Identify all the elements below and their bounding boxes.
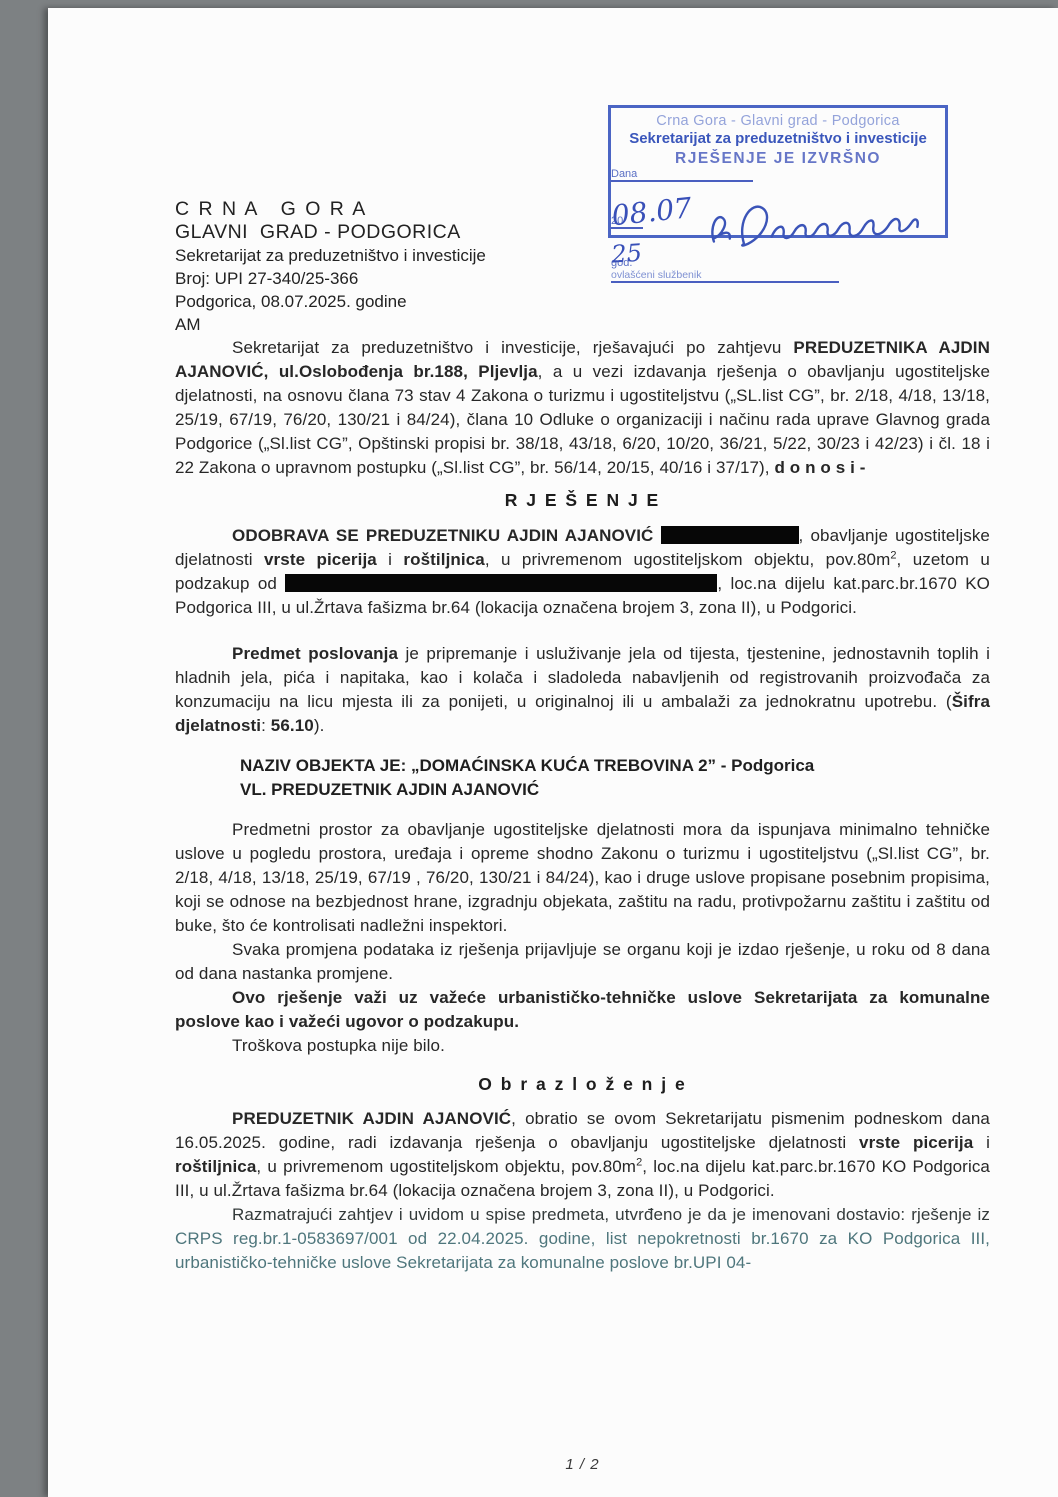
letterhead-secretariat: Sekretarijat za preduzetništvo i investi… (175, 244, 990, 267)
letterhead-country: C R N A G O R A (175, 198, 990, 221)
object-name-line: NAZIV OBJEKTA JE: „DOMAĆINSKA KUĆA TREBO… (240, 754, 990, 778)
change-notice-paragraph: Svaka promjena podataka iz rješenja prij… (175, 938, 990, 986)
approval-paragraph: ODOBRAVA SE PREDUZETNIKU AJDIN AJANOVIĆ … (175, 524, 990, 620)
letterhead-initials: AM (175, 313, 990, 336)
validity-paragraph: Ovo rješenje važi uz važeće urbanističko… (175, 986, 990, 1034)
letterhead-city: GLAVNI GRAD - PODGORICA (175, 221, 990, 244)
explanation-heading: O b r a z l o ž e n j e (175, 1072, 990, 1096)
technical-conditions-paragraph: Predmetni prostor za obavljanje ugostite… (175, 818, 990, 938)
page-number: 1 / 2 (175, 1456, 990, 1473)
letterhead: C R N A G O R A GLAVNI GRAD - PODGORICA … (175, 198, 990, 336)
document-content: C R N A G O R A GLAVNI GRAD - PODGORICA … (175, 198, 990, 1275)
stamp-department-line: Sekretarijat za preduzetništvo i investi… (611, 130, 945, 147)
intro-paragraph: Sekretarijat za preduzetništvo i investi… (175, 336, 990, 480)
review-paragraph: Razmatrajući zahtjev i uvidom u spise pr… (175, 1203, 990, 1275)
stamp-authority-line: Crna Gora - Glavni grad - Podgorica (611, 113, 945, 129)
letterhead-case-number: Broj: UPI 27-340/25-366 (175, 267, 990, 290)
letterhead-date: Podgorica, 08.07.2025. godine (175, 290, 990, 313)
request-paragraph: PREDUZETNIK AJDIN AJANOVIĆ, obratio se o… (175, 1107, 990, 1203)
business-subject-paragraph: Predmet poslovanja je pripremanje i uslu… (175, 642, 990, 738)
stamp-date-underline (611, 180, 753, 182)
object-name-block: NAZIV OBJEKTA JE: „DOMAĆINSKA KUĆA TREBO… (240, 754, 990, 802)
object-owner-line: VL. PREDUZETNIK AJDIN AJANOVIĆ (240, 778, 990, 802)
stamp-status-line: RJEŠENJE JE IZVRŠNO (611, 150, 945, 168)
document-page: Crna Gora - Glavni grad - Podgorica Sekr… (48, 8, 1058, 1497)
redaction-bar (661, 526, 799, 544)
decision-heading: R J E Š E N J E (175, 488, 990, 512)
redaction-bar (285, 574, 717, 592)
costs-paragraph: Troškova postupka nije bilo. (175, 1034, 990, 1058)
